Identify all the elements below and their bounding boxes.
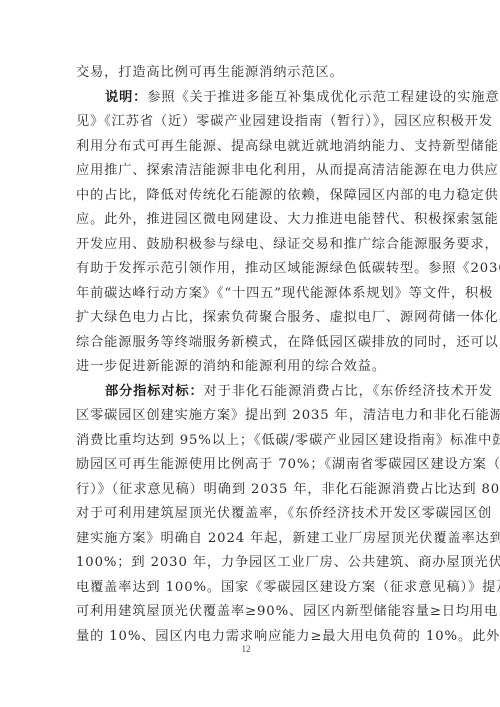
- text-line: 利用分布式可再生能源、提高绿电就近就地消纳能力、支持新型储能: [76, 135, 426, 160]
- text-line: 对于可利用建筑屋顶光伏覆盖率，《东侨经济技术开发区零碳园区创: [76, 502, 426, 527]
- heading-explanation: 说明：: [105, 90, 147, 105]
- text-line: 应。此外，推进园区微电网建设、大力推进电能替代、积极探索氢能: [76, 208, 426, 233]
- text-line: 交易，打造高比例可再生能源消纳示范区。: [76, 61, 426, 86]
- paragraph-explanation: 说明：参照《关于推进多能互补集成优化示范工程建设的实施意: [76, 86, 426, 111]
- text-line: 综合能源服务等终端服务新模式，在降低园区碳排放的同时，还可以: [76, 331, 426, 356]
- text-line: 消费比重均达到 95%以上；《低碳/零碳产业园区建设指南》标准中鼓: [76, 429, 426, 454]
- text-line: 见》《江苏省（近）零碳产业园建设指南（暂行）》，园区应积极开发: [76, 110, 426, 135]
- page-number: 12: [0, 644, 492, 654]
- text-line: 行）》（征求意见稿）明确到 2035 年，非化石能源消费占比达到 80%。: [76, 478, 426, 503]
- text-line: 100%；到 2030 年，力争园区工业厂房、公共建筑、商办屋顶光伏发: [76, 551, 426, 576]
- text-line: 扩大绿色电力占比，探索负荷聚合服务、虚拟电厂、源网荷储一体化、: [76, 306, 426, 331]
- text-line: 有助于发挥示范引领作用，推动区域能源绿色低碳转型。参照《2030: [76, 257, 426, 282]
- text-line: 电覆盖率达到 100%。国家《零碳园区建设方案（征求意见稿）》提及: [76, 576, 426, 601]
- text-line: 励园区可再生能源使用比例高于 70%；《湖南省零碳园区建设方案（暂: [76, 453, 426, 478]
- text-line: 应用推广、探索清洁能源非电化利用，从而提高清洁能源在电力供应: [76, 159, 426, 184]
- text-line: 中的占比，降低对传统化石能源的依赖，保障园区内部的电力稳定供: [76, 184, 426, 209]
- heading-benchmark: 部分指标对标：: [105, 384, 204, 399]
- body-text: 交易，打造高比例可再生能源消纳示范区。 说明：参照《关于推进多能互补集成优化示范…: [76, 61, 426, 649]
- text-line: 开发应用、鼓励积极参与绿电、绿证交易和推广综合能源服务要求，: [76, 233, 426, 258]
- text-line: 年前碳达峰行动方案》《“十四五”现代能源体系规划》等文件，积极: [76, 282, 426, 307]
- document-page: 交易，打造高比例可再生能源消纳示范区。 说明：参照《关于推进多能互补集成优化示范…: [0, 0, 500, 707]
- paragraph-benchmark: 部分指标对标：对于非化石能源消费占比，《东侨经济技术开发: [76, 380, 426, 405]
- text-line: 区零碳园区创建实施方案》提出到 2035 年，清洁电力和非化石能源: [76, 404, 426, 429]
- text-line: 建实施方案》明确自 2024 年起，新建工业厂房屋顶光伏覆盖率达到: [76, 527, 426, 552]
- text-line: 进一步促进新能源的消纳和能源利用的综合效益。: [76, 355, 426, 380]
- text-line: 可利用建筑屋顶光伏覆盖率≥90%、园区内新型储能容量≥日均用电: [76, 600, 426, 625]
